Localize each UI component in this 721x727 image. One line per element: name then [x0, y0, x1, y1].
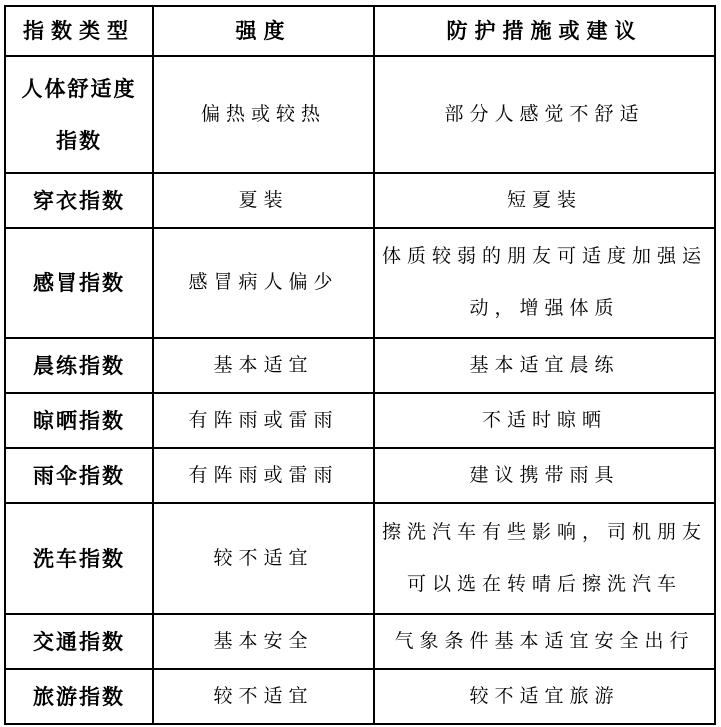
table-row: 交通指数 基本安全 气象条件基本适宜安全出行 [5, 614, 715, 669]
table-row: 感冒指数 感冒病人偏少 体质较弱的朋友可适度加强运动，增强体质 [5, 228, 715, 338]
table-row: 洗车指数 较不适宜 擦洗汽车有些影响，司机朋友可以选在转晴后擦洗汽车 [5, 503, 715, 614]
index-type-cell: 感冒指数 [5, 228, 153, 338]
header-strength: 强度 [153, 6, 374, 56]
table-row: 雨伞指数 有阵雨或雷雨 建议携带雨具 [5, 448, 715, 503]
strength-cell: 夏装 [153, 173, 374, 228]
index-type-cell: 人体舒适度指数 [5, 56, 153, 173]
index-type-cell: 洗车指数 [5, 503, 153, 614]
advice-cell: 气象条件基本适宜安全出行 [374, 614, 715, 669]
header-advice: 防护措施或建议 [374, 6, 715, 56]
table-row: 晨练指数 基本适宜 基本适宜晨练 [5, 338, 715, 393]
advice-cell: 擦洗汽车有些影响，司机朋友可以选在转晴后擦洗汽车 [374, 503, 715, 614]
advice-cell: 较不适宜旅游 [374, 669, 715, 724]
advice-cell: 部分人感觉不舒适 [374, 56, 715, 173]
index-type-cell: 晾晒指数 [5, 393, 153, 448]
header-row: 指数类型 强度 防护措施或建议 [5, 6, 715, 56]
strength-cell: 有阵雨或雷雨 [153, 393, 374, 448]
table-row: 旅游指数 较不适宜 较不适宜旅游 [5, 669, 715, 724]
index-type-cell: 雨伞指数 [5, 448, 153, 503]
index-type-cell: 交通指数 [5, 614, 153, 669]
advice-cell: 基本适宜晨练 [374, 338, 715, 393]
strength-cell: 基本适宜 [153, 338, 374, 393]
table-row: 晾晒指数 有阵雨或雷雨 不适时晾晒 [5, 393, 715, 448]
index-type-cell: 旅游指数 [5, 669, 153, 724]
strength-cell: 偏热或较热 [153, 56, 374, 173]
strength-cell: 较不适宜 [153, 669, 374, 724]
table-row: 穿衣指数 夏装 短夏装 [5, 173, 715, 228]
table-row: 人体舒适度指数 偏热或较热 部分人感觉不舒适 [5, 56, 715, 173]
strength-cell: 感冒病人偏少 [153, 228, 374, 338]
weather-indices-table: 指数类型 强度 防护措施或建议 人体舒适度指数 偏热或较热 部分人感觉不舒适 穿… [4, 5, 716, 725]
strength-cell: 有阵雨或雷雨 [153, 448, 374, 503]
advice-cell: 建议携带雨具 [374, 448, 715, 503]
header-index-type: 指数类型 [5, 6, 153, 56]
strength-cell: 基本安全 [153, 614, 374, 669]
strength-cell: 较不适宜 [153, 503, 374, 614]
advice-cell: 体质较弱的朋友可适度加强运动，增强体质 [374, 228, 715, 338]
advice-cell: 短夏装 [374, 173, 715, 228]
index-type-cell: 晨练指数 [5, 338, 153, 393]
advice-cell: 不适时晾晒 [374, 393, 715, 448]
index-type-cell: 穿衣指数 [5, 173, 153, 228]
